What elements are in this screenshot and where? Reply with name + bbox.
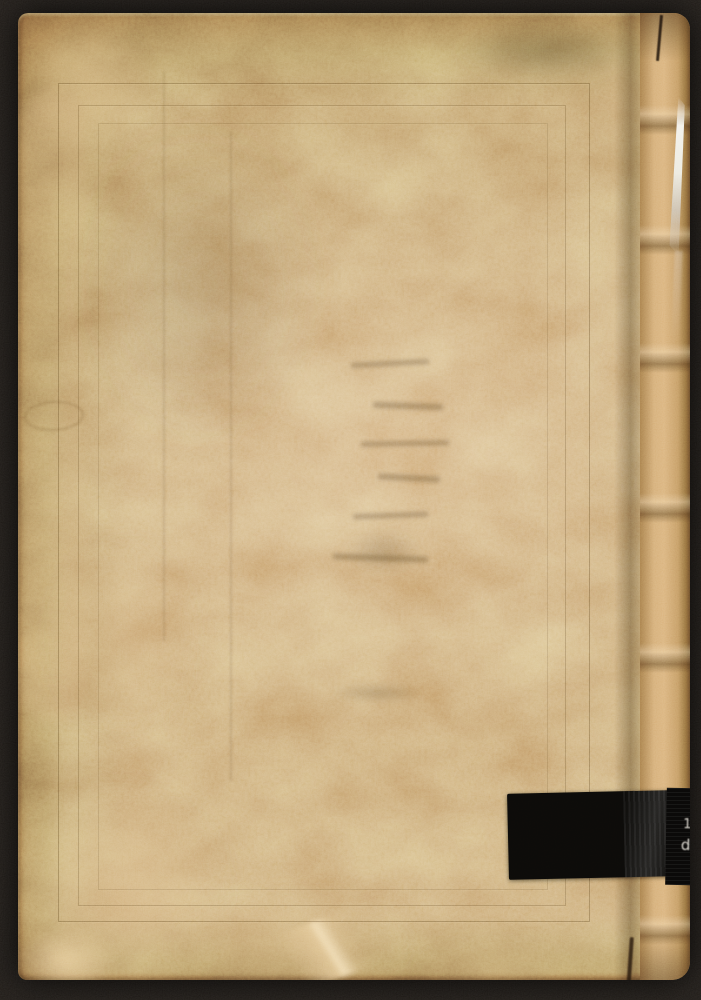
book-photo-scene: 1 d — [0, 0, 701, 1000]
ghost-marks-center — [323, 355, 458, 590]
wear-patch-bottom-right — [410, 941, 575, 980]
label-glyph-top: 1 — [683, 818, 690, 831]
stain-upper-left — [76, 121, 321, 446]
wear-patch-mid-left — [46, 533, 201, 738]
wear-patch-bottom-center — [166, 891, 411, 980]
call-number-label — [507, 790, 671, 880]
stain-center-smudge — [346, 531, 421, 573]
wear-scuff-wedge-bottom — [261, 899, 395, 980]
spine-raised-band — [640, 343, 690, 373]
spine-headcap-crack — [656, 15, 663, 61]
call-number-label-spine-wrap: 1 d — [665, 788, 690, 885]
blind-tooled-frame-middle — [78, 105, 566, 906]
scratch-line-center-left — [230, 131, 232, 781]
book-cover: 1 d — [18, 13, 690, 980]
leather-crack-bottom-right — [626, 937, 634, 980]
wear-patch-bottom-left — [18, 781, 232, 980]
wear-patch-bottom-left-corner-fray — [18, 925, 116, 980]
spine-raised-band — [640, 493, 690, 523]
stain-lower-center-marks — [330, 685, 425, 701]
stain-top-center — [454, 21, 639, 79]
label-glyph-bottom: d — [681, 838, 690, 853]
spine-raised-band — [640, 643, 690, 673]
blind-stamp-oval — [23, 399, 84, 432]
wear-patch-top-left — [24, 17, 156, 159]
scratch-line-left — [163, 71, 165, 641]
spine-raised-band — [640, 915, 690, 945]
blind-tooled-frame-inner — [98, 123, 548, 890]
